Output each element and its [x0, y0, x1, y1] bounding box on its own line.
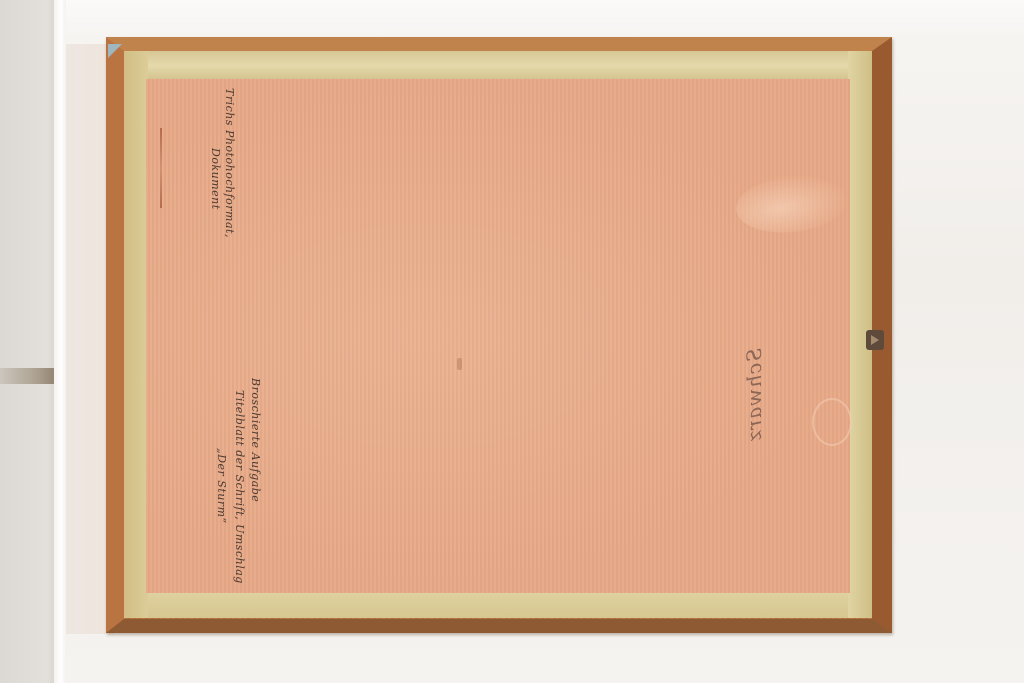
- inscription-top-line2: Dokument: [209, 148, 222, 210]
- pencil-mark: [160, 128, 162, 208]
- wall-left: [0, 0, 58, 683]
- tape-left: [124, 51, 148, 618]
- backing-board: [146, 79, 850, 593]
- speck: [457, 358, 462, 370]
- inscription-bottom-line2: Titelblatt der Schrift, Umschlag: [233, 390, 246, 584]
- inscription-bottom-line3: „Der Sturm“: [215, 448, 228, 524]
- inscription-top-line1: Trichs Photohochformat,: [223, 88, 236, 238]
- tape-bottom: [124, 590, 870, 618]
- tape-top: [124, 51, 870, 81]
- signature: Schwarz: [742, 348, 766, 442]
- hanger-hook-icon: [866, 330, 884, 350]
- inscription-bottom-line1: Broschierte Aufgabe: [249, 378, 262, 502]
- wall-strip: [0, 368, 58, 384]
- ring-stain: [812, 398, 852, 446]
